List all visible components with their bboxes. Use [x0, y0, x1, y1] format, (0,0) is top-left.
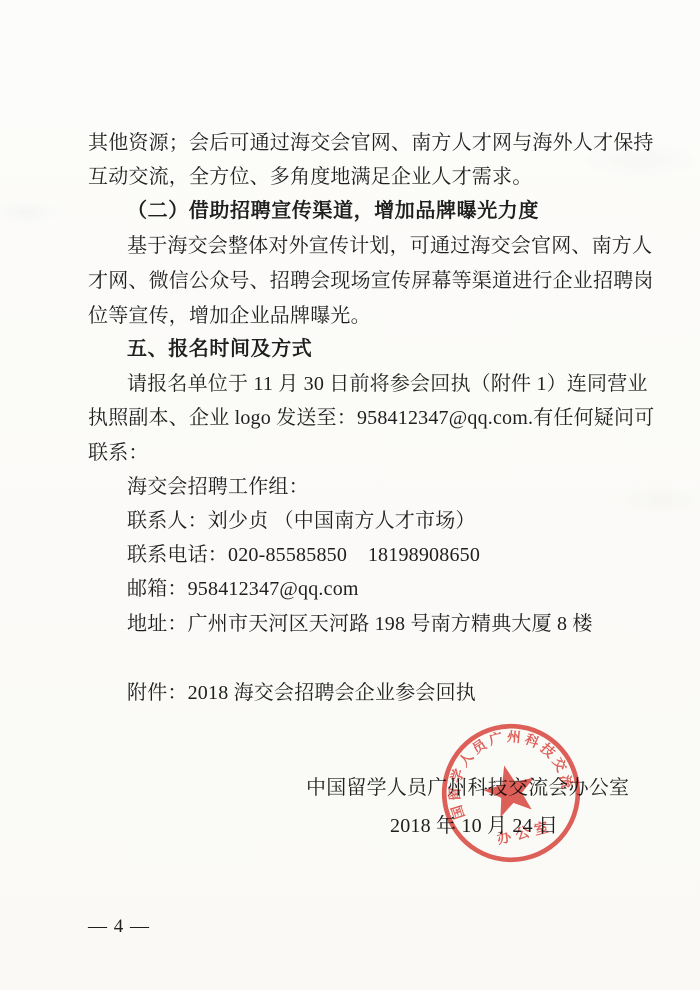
body-line: 联系：	[88, 441, 149, 465]
seal-bottom-text: 办公室	[495, 818, 555, 848]
star-icon	[479, 759, 541, 819]
scanned-document-page: 其他资源；会后可通过海交会官网、南方人才网与海外人才保持 互动交流，全方位、多角…	[0, 0, 700, 990]
body-line: 位等宣传，增加企业品牌曝光。	[88, 304, 371, 328]
contact-line: 海交会招聘工作组：	[127, 475, 309, 499]
section-heading: 五、报名时间及方式	[127, 337, 312, 361]
contact-line: 联系电话：020-85585850 18198908650	[127, 543, 480, 567]
page-number: — 4 —	[88, 915, 150, 939]
body-line: 基于海交会整体对外宣传计划，可通过海交会官网、南方人	[127, 234, 652, 258]
attachment-line: 附件：2018 海交会招聘会企业参会回执	[127, 681, 476, 705]
body-line: 执照副本、企业 logo 发送至：958412347@qq.com.有任何疑问可	[88, 406, 654, 430]
svg-text:中国留学人员广州科技交流会: 中国留学人员广州科技交流会	[408, 690, 577, 828]
contact-line: 联系人：刘少贞 （中国南方人才市场）	[127, 509, 476, 533]
body-line: 其他资源；会后可通过海交会官网、南方人才网与海外人才保持	[88, 131, 654, 155]
body-line: 互动交流，全方位、多角度地满足企业人才需求。	[88, 165, 532, 189]
contact-line: 邮箱：958412347@qq.com	[127, 577, 359, 601]
body-line: 请报名单位于 11 月 30 日前将参会回执（附件 1）连同营业	[127, 372, 648, 396]
contact-line: 地址：广州市天河区天河路 198 号南方精典大厦 8 楼	[127, 612, 593, 636]
body-line: 才网、微信公众号、招聘会现场宣传屏幕等渠道进行企业招聘岗	[88, 269, 654, 293]
seal-arc-text: 中国留学人员广州科技交流会	[408, 690, 577, 828]
official-seal-stamp: 中国留学人员广州科技交流会 办公室	[408, 690, 614, 896]
section-heading: （二）借助招聘宣传渠道，增加品牌曝光力度	[127, 199, 539, 223]
